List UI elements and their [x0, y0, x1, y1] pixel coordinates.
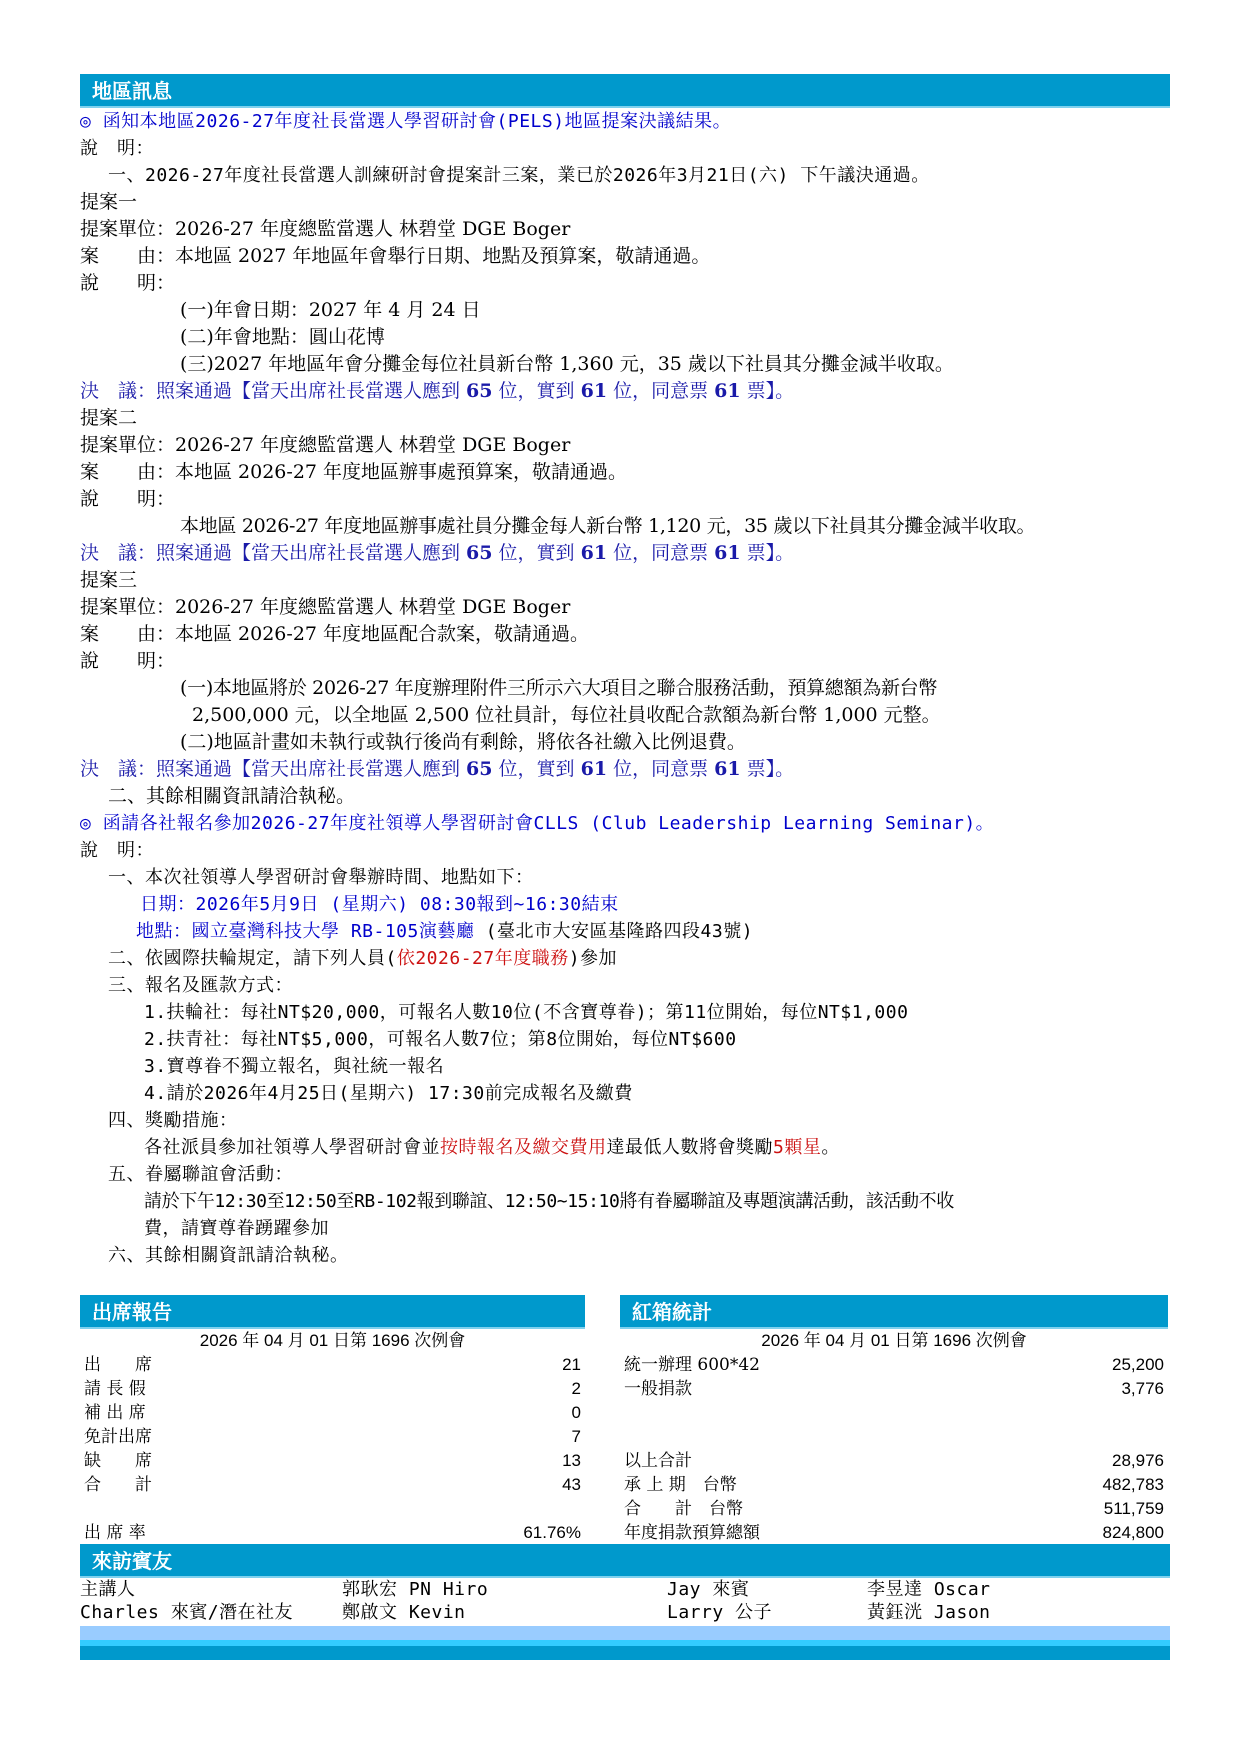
attendance-report: 出席報告 2026 年 04 月 01 日第 1696 次例會 出 席21 請 … — [80, 1295, 585, 1545]
proposal1-detail: (三)2027 年地區年會分攤金每位社員新台幣 1,360 元，35 歲以下社員… — [80, 351, 1170, 378]
visitors-section: 來訪賓友 — [80, 1544, 1170, 1578]
proposal3-explain: 說 明： — [80, 648, 1170, 675]
proposal3-detail: (二)地區計畫如未執行或執行後尚有剩餘，將依各社繳入比例退費。 — [80, 729, 1170, 756]
attendance-row: 免計出席7 — [80, 1425, 585, 1449]
visitors-header: 來訪賓友 — [80, 1544, 1170, 1578]
notice1-title: ◎ 函知本地區2026-27年度社長當選人學習研討會(PELS)地區提案決議結果… — [80, 108, 1170, 135]
attendance-subtitle: 2026 年 04 月 01 日第 1696 次例會 — [80, 1329, 585, 1353]
visitor-row: Charles 來賓/潛在社友 鄭啟文 Kevin Larry 公子 黃鈺洸 J… — [80, 1601, 1170, 1624]
notice2-item6: 六、其餘相關資訊請洽執秘。 — [80, 1242, 1170, 1269]
bullet-icon: ◎ — [80, 111, 91, 132]
red-box-total-row: 承 上 期 台幣482,783 — [620, 1473, 1168, 1497]
proposal2-unit: 提案單位：2026-27 年度總監當選人 林碧堂 DGE Boger — [80, 432, 1170, 459]
proposal2-decision: 決 議：照案通過【當天出席社長當選人應到 65 位，實到 61 位，同意票 61… — [80, 540, 1170, 567]
seminar-date: 日期：2026年5月9日 (星期六) 08:30報到~16:30結束 — [80, 891, 1170, 918]
fee-item: 2.扶青社：每社NT$5,000，可報名人數7位；第8位開始，每位NT$600 — [80, 1026, 1170, 1053]
notice1-explain-label: 說 明： — [80, 135, 1170, 162]
red-box-stats: 紅箱統計 2026 年 04 月 01 日第 1696 次例會 統一辦理 600… — [620, 1295, 1168, 1545]
proposal3-decision: 決 議：照案通過【當天出席社長當選人應到 65 位，實到 61 位，同意票 61… — [80, 756, 1170, 783]
proposal2-reason: 案 由：本地區 2026-27 年度地區辦事處預算案，敬請通過。 — [80, 459, 1170, 486]
proposal1-decision: 決 議：照案通過【當天出席社長當選人應到 65 位，實到 61 位，同意票 61… — [80, 378, 1170, 405]
proposal1-title: 提案一 — [80, 189, 1170, 216]
attendance-row: 缺 席13 — [80, 1449, 585, 1473]
notice2-item2: 二、依國際扶輪規定，請下列人員(依2026-27年度職務)參加 — [80, 945, 1170, 972]
red-box-subtitle: 2026 年 04 月 01 日第 1696 次例會 — [620, 1329, 1168, 1353]
proposal3-unit: 提案單位：2026-27 年度總監當選人 林碧堂 DGE Boger — [80, 594, 1170, 621]
notice2-item3: 三、報名及匯款方式： — [80, 972, 1170, 999]
fee-item: 3.寶尊眷不獨立報名，與社統一報名 — [80, 1053, 1170, 1080]
notice2-explain-label: 說 明： — [80, 837, 1170, 864]
proposal2-title: 提案二 — [80, 405, 1170, 432]
fee-item: 1.扶輪社：每社NT$20,000，可報名人數10位(不含寶尊眷)；第11位開始… — [80, 999, 1170, 1026]
district-news-header: 地區訊息 — [80, 74, 1170, 108]
proposal3-reason: 案 由：本地區 2026-27 年度地區配合款案，敬請通過。 — [80, 621, 1170, 648]
attendance-rate-row: 出 席 率61.76% — [80, 1521, 585, 1545]
family-activity-line1: 請於下午12:30至12:50至RB-102報到聯誼、12:50~15:10將有… — [80, 1188, 1170, 1215]
notice2-item4: 四、獎勵措施： — [80, 1107, 1170, 1134]
bullet-icon: ◎ — [80, 813, 91, 834]
red-box-row: 統一辦理 600*4225,200 — [620, 1353, 1168, 1377]
notice2-title: ◎ 函請各社報名參加2026-27年度社領導人學習研討會CLLS (Club L… — [80, 810, 1170, 837]
proposal3-detail: 2,500,000 元，以全地區 2,500 位社員計，每位社員收配合款額為新台… — [80, 702, 1170, 729]
spacer — [620, 1425, 1168, 1449]
footer-band-light — [80, 1626, 1170, 1640]
proposal1-unit: 提案單位：2026-27 年度總監當選人 林碧堂 DGE Boger — [80, 216, 1170, 243]
red-box-total-row: 以上合計28,976 — [620, 1449, 1168, 1473]
red-box-header: 紅箱統計 — [620, 1295, 1168, 1329]
notice1-item2: 二、其餘相關資訊請洽執秘。 — [80, 783, 1170, 810]
notice1-item1: 一、2026-27年度社長當選人訓練研討會提案計三案，業已於2026年3月21日… — [80, 162, 1170, 189]
proposal3-title: 提案三 — [80, 567, 1170, 594]
footer-band-dark — [80, 1646, 1170, 1660]
seminar-venue: 地點：國立臺灣科技大學 RB-105演藝廳 (臺北市大安區基隆路四段43號) — [80, 918, 1170, 945]
attendance-row: 合 計43 — [80, 1473, 585, 1497]
red-box-row: 一般捐款3,776 — [620, 1377, 1168, 1401]
visitor-row: 主講人 郭耿宏 PN Hiro Jay 來賓 李昱達 Oscar — [80, 1578, 1170, 1601]
proposal2-detail: 本地區 2026-27 年度地區辦事處社員分攤金每人新台幣 1,120 元，35… — [80, 513, 1170, 540]
proposal1-reason: 案 由：本地區 2027 年地區年會舉行日期、地點及預算案，敬請通過。 — [80, 243, 1170, 270]
attendance-header: 出席報告 — [80, 1295, 585, 1329]
proposal2-explain: 說 明： — [80, 486, 1170, 513]
proposal1-detail: (一)年會日期：2027 年 4 月 24 日 — [80, 297, 1170, 324]
family-activity-line2: 費，請寶尊眷踴躍參加 — [80, 1215, 1170, 1242]
spacer — [620, 1401, 1168, 1425]
proposal1-detail: (二)年會地點：圓山花博 — [80, 324, 1170, 351]
spacer — [80, 1497, 585, 1521]
proposal3-detail: (一)本地區將於 2026-27 年度辦理附件三所示六大項目之聯合服務活動，預算… — [80, 675, 1170, 702]
visitors-list: 主講人 郭耿宏 PN Hiro Jay 來賓 李昱達 Oscar Charles… — [80, 1578, 1170, 1624]
notice2-item1: 一、本次社領導人學習研討會舉辦時間、地點如下： — [80, 864, 1170, 891]
fee-item: 4.請於2026年4月25日(星期六) 17:30前完成報名及繳費 — [80, 1080, 1170, 1107]
stats-section: 出席報告 2026 年 04 月 01 日第 1696 次例會 出 席21 請 … — [80, 1295, 1170, 1535]
attendance-row: 請 長 假2 — [80, 1377, 585, 1401]
red-box-total-row: 合 計 台幣511,759 — [620, 1497, 1168, 1521]
red-box-total-row: 年度捐款預算總額824,800 — [620, 1521, 1168, 1545]
incentive-text: 各社派員參加社領導人學習研討會並按時報名及繳交費用達最低人數將會獎勵5顆星。 — [80, 1134, 1170, 1161]
proposal1-explain: 說 明： — [80, 270, 1170, 297]
attendance-row: 補 出 席0 — [80, 1401, 585, 1425]
notice2-item5: 五、眷屬聯誼會活動： — [80, 1161, 1170, 1188]
attendance-row: 出 席21 — [80, 1353, 585, 1377]
district-news-section: 地區訊息 ◎ 函知本地區2026-27年度社長當選人學習研討會(PELS)地區提… — [80, 74, 1170, 1269]
